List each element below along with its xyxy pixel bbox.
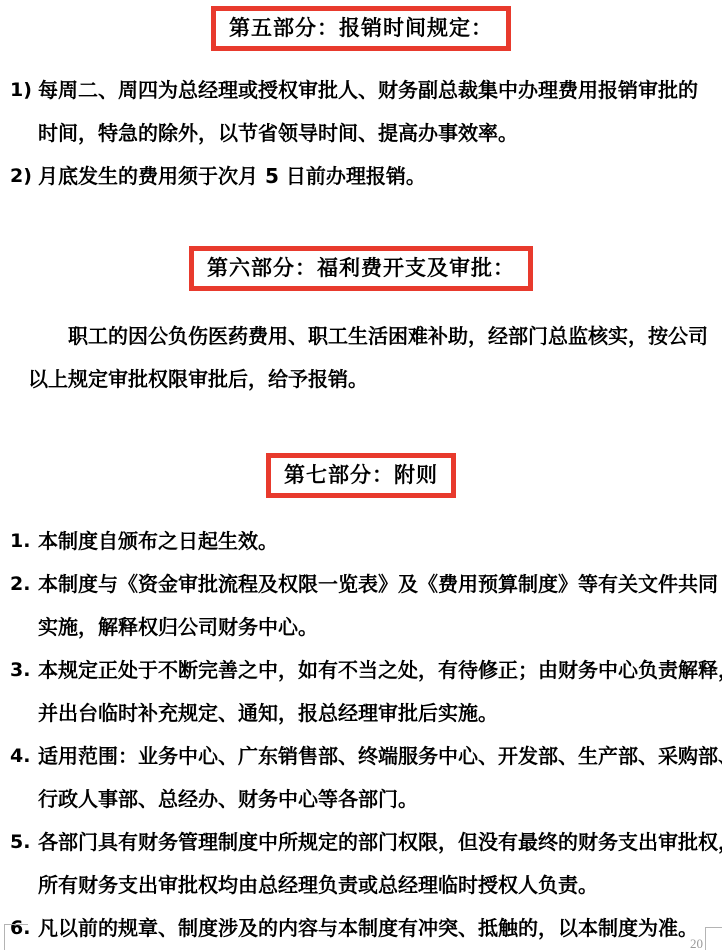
text-line: 凡以前的规章、制度涉及的内容与本制度有冲突、抵触的，以本制度为准。 <box>38 907 722 950</box>
section6-heading-box: 第六部分：福利费开支及审批： <box>189 246 533 291</box>
text-line: 本规定正处于不断完善之中，如有不当之处，有待修正；由财务中心负责解释， <box>38 649 722 692</box>
section5-heading-box: 第五部分：报销时间规定： <box>211 6 511 51</box>
list-item: 2. 本制度与《资金审批流程及权限一览表》及《费用预算制度》等有关文件共同 实施… <box>0 563 722 649</box>
text-line: 月底发生的费用须于次月 5 日前办理报销。 <box>38 155 722 198</box>
document-page: 第五部分：报销时间规定： 1) 每周二、周四为总经理或授权审批人、财务副总裁集中… <box>0 0 722 950</box>
list-item-text: 本规定正处于不断完善之中，如有不当之处，有待修正；由财务中心负责解释， 并出台临… <box>38 649 722 735</box>
text-line: 本制度与《资金审批流程及权限一览表》及《费用预算制度》等有关文件共同 <box>38 563 722 606</box>
list-item-marker: 4. <box>10 735 38 778</box>
list-item-text: 月底发生的费用须于次月 5 日前办理报销。 <box>38 155 722 198</box>
text-line: 本制度自颁布之日起生效。 <box>38 520 722 563</box>
text-line: 时间，特急的除外，以节省领导时间、提高办事效率。 <box>38 112 722 155</box>
section6-heading-row: 第六部分：福利费开支及审批： <box>0 246 722 291</box>
list-item-marker: 3. <box>10 649 38 692</box>
list-item-text: 凡以前的规章、制度涉及的内容与本制度有冲突、抵触的，以本制度为准。 <box>38 907 722 950</box>
text-line: 并出台临时补充规定、通知，报总经理审批后实施。 <box>38 692 722 735</box>
list-item-text: 适用范围：业务中心、广东销售部、终端服务中心、开发部、生产部、采购部、 行政人事… <box>38 735 722 821</box>
list-item: 1. 本制度自颁布之日起生效。 <box>0 520 722 563</box>
list-item-marker: 2. <box>10 563 38 606</box>
list-item-text: 本制度与《资金审批流程及权限一览表》及《费用预算制度》等有关文件共同 实施，解释… <box>38 563 722 649</box>
list-item-text: 各部门具有财务管理制度中所规定的部门权限，但没有最终的财务支出审批权， 所有财务… <box>38 821 722 907</box>
page-number: 20 <box>690 936 703 950</box>
section7-heading-row: 第七部分：附则 <box>0 453 722 498</box>
section5-heading-row: 第五部分：报销时间规定： <box>0 0 722 51</box>
list-item-text: 本制度自颁布之日起生效。 <box>38 520 722 563</box>
text-boundary-mark-left <box>4 924 28 950</box>
list-item-text: 每周二、周四为总经理或授权审批人、财务副总裁集中办理费用报销审批的 时间，特急的… <box>38 69 722 155</box>
list-item-marker: 2) <box>10 155 38 198</box>
text-line: 适用范围：业务中心、广东销售部、终端服务中心、开发部、生产部、采购部、 <box>38 735 722 778</box>
list-item: 1) 每周二、周四为总经理或授权审批人、财务副总裁集中办理费用报销审批的 时间，… <box>0 69 722 155</box>
section7-list: 1. 本制度自颁布之日起生效。 2. 本制度与《资金审批流程及权限一览表》及《费… <box>0 520 722 950</box>
text-line: 以上规定审批权限审批后，给予报销。 <box>28 358 722 401</box>
list-item: 2) 月底发生的费用须于次月 5 日前办理报销。 <box>0 155 722 198</box>
list-item-marker: 1) <box>10 69 38 112</box>
text-boundary-mark-right <box>705 927 722 950</box>
text-line: 所有财务支出审批权均由总经理负责或总经理临时授权人负责。 <box>38 864 722 907</box>
list-item: 5. 各部门具有财务管理制度中所规定的部门权限，但没有最终的财务支出审批权， 所… <box>0 821 722 907</box>
section6-paragraph: 职工的因公负伤医药费用、职工生活困难补助，经部门总监核实，按公司 以上规定审批权… <box>0 315 722 401</box>
text-line: 行政人事部、总经办、财务中心等各部门。 <box>38 778 722 821</box>
text-line: 实施，解释权归公司财务中心。 <box>38 606 722 649</box>
section5-list: 1) 每周二、周四为总经理或授权审批人、财务副总裁集中办理费用报销审批的 时间，… <box>0 69 722 198</box>
text-line: 每周二、周四为总经理或授权审批人、财务副总裁集中办理费用报销审批的 <box>38 69 722 112</box>
list-item: 4. 适用范围：业务中心、广东销售部、终端服务中心、开发部、生产部、采购部、 行… <box>0 735 722 821</box>
list-item: 3. 本规定正处于不断完善之中，如有不当之处，有待修正；由财务中心负责解释， 并… <box>0 649 722 735</box>
text-line: 职工的因公负伤医药费用、职工生活困难补助，经部门总监核实，按公司 <box>28 315 722 358</box>
list-item: 6. 凡以前的规章、制度涉及的内容与本制度有冲突、抵触的，以本制度为准。 <box>0 907 722 950</box>
list-item-marker: 1. <box>10 520 38 563</box>
list-item-marker: 5. <box>10 821 38 864</box>
text-line: 各部门具有财务管理制度中所规定的部门权限，但没有最终的财务支出审批权， <box>38 821 722 864</box>
section7-heading-box: 第七部分：附则 <box>266 453 456 498</box>
